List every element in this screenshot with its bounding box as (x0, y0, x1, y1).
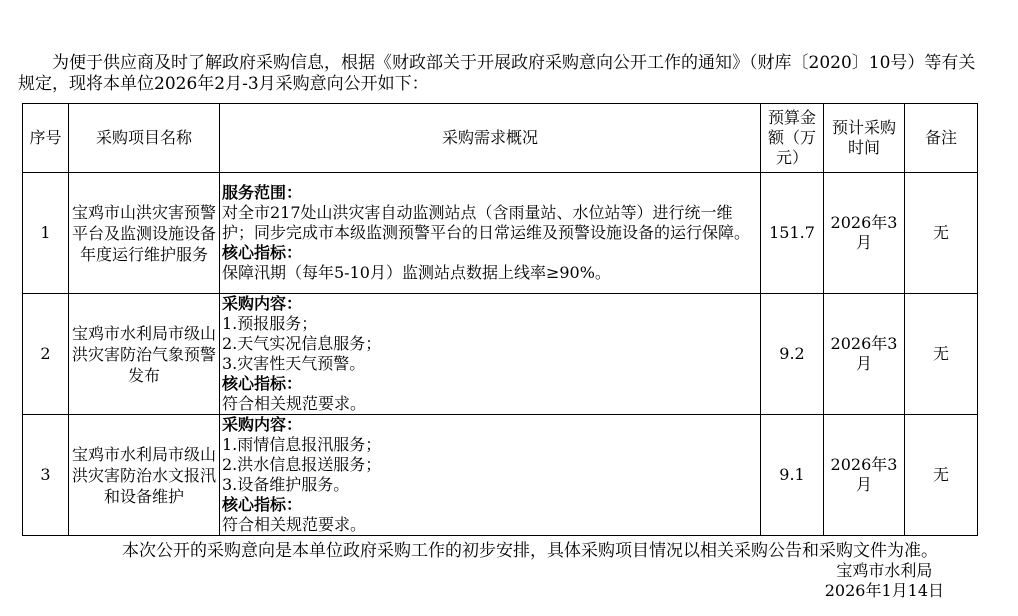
overview-cell: 采购内容：1.雨情信息报汛服务；2.洪水信息报送服务；3.设备维护服务。核心指标… (220, 415, 761, 536)
table-body: 1宝鸡市山洪灾害预警平台及监测设施设备年度运行维护服务服务范围：对全市217处山… (23, 173, 978, 536)
overview-label: 核心指标： (222, 243, 758, 263)
project-name-cell: 宝鸡市水利局市级山洪灾害防治气象预警发布 (69, 294, 220, 415)
overview-cell: 服务范围：对全市217处山洪灾害自动监测站点（含雨量站、水位站等）进行统一维护；… (220, 173, 761, 294)
budget-cell: 9.2 (761, 294, 824, 415)
overview-label: 服务范围： (222, 183, 758, 203)
row-number-cell: 2 (23, 294, 69, 415)
overview-text: 3.灾害性天气预警。 (222, 354, 758, 374)
project-name-cell: 宝鸡市山洪灾害预警平台及监测设施设备年度运行维护服务 (69, 173, 220, 294)
overview-text: 3.设备维护服务。 (222, 475, 758, 495)
overview-text: 保障汛期（每年5-10月）监测站点数据上线率≥90%。 (222, 263, 758, 283)
remark-cell: 无 (905, 415, 978, 536)
row-number-cell: 3 (23, 415, 69, 536)
budget-cell: 151.7 (761, 173, 824, 294)
signature-date: 2026年1月14日 (825, 581, 944, 601)
header-requirement-overview: 采购需求概况 (220, 104, 761, 173)
overview-label: 采购内容： (222, 415, 758, 435)
signature-block: 宝鸡市水利局 2026年1月14日 (825, 561, 944, 601)
overview-text: 1.雨情信息报汛服务； (222, 435, 758, 455)
overview-text: 符合相关规范要求。 (222, 515, 758, 535)
header-serial-number: 序号 (23, 104, 69, 173)
remark-cell: 无 (905, 294, 978, 415)
procurement-table: 序号 采购项目名称 采购需求概况 预算金额（万元） 预计采购时间 备注 1宝鸡市… (22, 103, 978, 536)
table-row: 3宝鸡市水利局市级山洪灾害防治水文报汛和设备维护采购内容：1.雨情信息报汛服务；… (23, 415, 978, 536)
header-expected-time: 预计采购时间 (824, 104, 905, 173)
header-row: 序号 采购项目名称 采购需求概况 预算金额（万元） 预计采购时间 备注 (23, 104, 978, 173)
signature-org: 宝鸡市水利局 (825, 561, 944, 581)
time-cell: 2026年3月 (824, 173, 905, 294)
row-number-cell: 1 (23, 173, 69, 294)
overview-text: 对全市217处山洪灾害自动监测站点（含雨量站、水位站等）进行统一维护；同步完成市… (222, 203, 758, 243)
overview-text: 2.洪水信息报送服务； (222, 455, 758, 475)
budget-cell: 9.1 (761, 415, 824, 536)
overview-text: 1.预报服务； (222, 314, 758, 334)
table-row: 1宝鸡市山洪灾害预警平台及监测设施设备年度运行维护服务服务范围：对全市217处山… (23, 173, 978, 294)
overview-cell: 采购内容：1.预报服务；2.天气实况信息服务；3.灾害性天气预警。核心指标：符合… (220, 294, 761, 415)
overview-label: 核心指标： (222, 374, 758, 394)
header-budget-amount: 预算金额（万元） (761, 104, 824, 173)
intro-paragraph: 为便于供应商及时了解政府采购信息，根据《财政部关于开展政府采购意向公开工作的通知… (18, 53, 987, 95)
overview-text: 2.天气实况信息服务； (222, 334, 758, 354)
overview-label: 采购内容： (222, 294, 758, 314)
overview-text: 符合相关规范要求。 (222, 394, 758, 414)
remark-cell: 无 (905, 173, 978, 294)
header-project-name: 采购项目名称 (69, 104, 220, 173)
overview-label: 核心指标： (222, 495, 758, 515)
footer-note: 本次公开的采购意向是本单位政府采购工作的初步安排，具体采购项目情况以相关采购公告… (0, 541, 1018, 561)
document-page: 为便于供应商及时了解政府采购信息，根据《财政部关于开展政府采购意向公开工作的通知… (0, 0, 1018, 616)
time-cell: 2026年3月 (824, 415, 905, 536)
header-remarks: 备注 (905, 104, 978, 173)
table-row: 2宝鸡市水利局市级山洪灾害防治气象预警发布采购内容：1.预报服务；2.天气实况信… (23, 294, 978, 415)
time-cell: 2026年3月 (824, 294, 905, 415)
project-name-cell: 宝鸡市水利局市级山洪灾害防治水文报汛和设备维护 (69, 415, 220, 536)
